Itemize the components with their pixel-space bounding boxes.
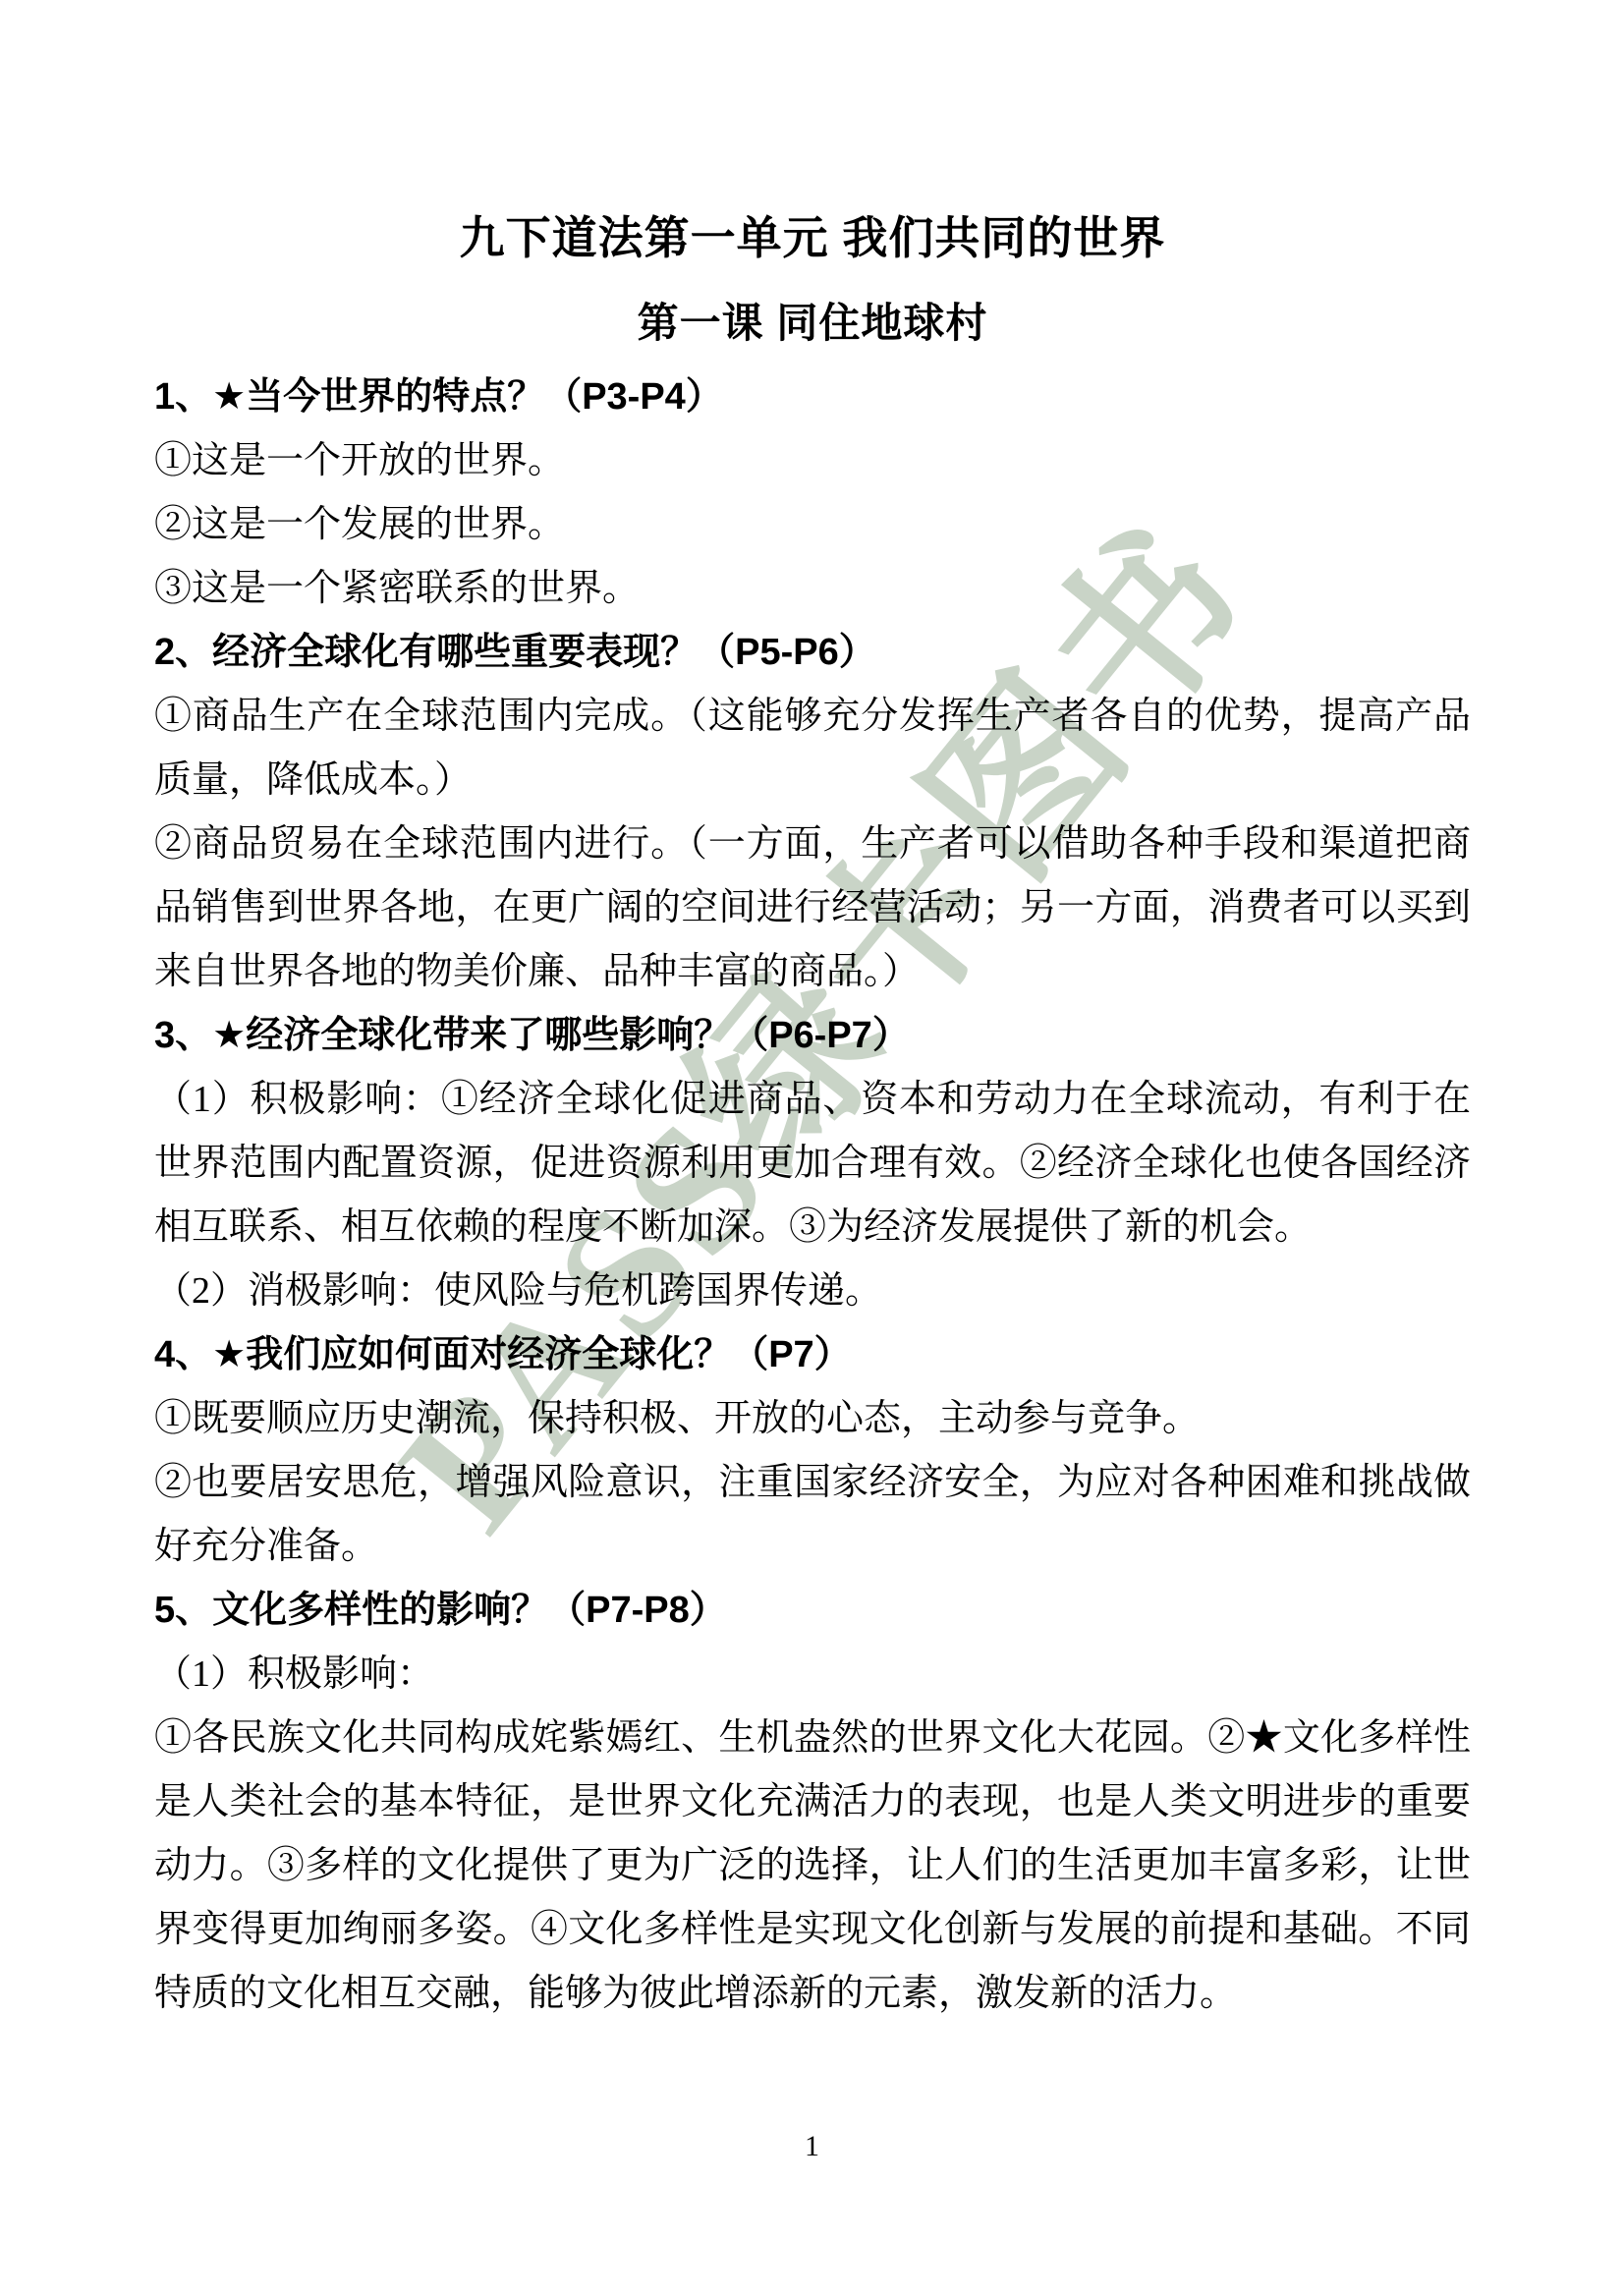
answer-paragraph: （2）消极影响：使风险与危机跨国界传递。 [154,1260,1471,1323]
question-heading: 5、文化多样性的影响？（P7-P8） [154,1579,1471,1643]
page-number: 1 [0,2130,1624,2163]
page-subtitle: 第一课 同住地球村 [154,301,1471,346]
answer-paragraph: ③这是一个紧密联系的世界。 [154,557,1471,621]
qa-section: 5、文化多样性的影响？（P7-P8） （1）积极影响：①各民族文化共同构成姹紫嫣… [154,1579,1471,2026]
sections-container: 1、★当今世界的特点？（P3-P4） ①这是一个开放的世界。②这是一个发展的世界… [154,365,1471,2026]
page-title: 九下道法第一单元 我们共同的世界 [154,214,1471,261]
answer-paragraph: ①既要顺应历史潮流，保持积极、开放的心态，主动参与竞争。 [154,1387,1471,1451]
question-heading: 4、★我们应如何面对经济全球化？（P7） [154,1323,1471,1387]
answer-paragraph: ②也要居安思危，增强风险意识，注重国家经济安全，为应对各种困难和挑战做好充分准备… [154,1451,1471,1579]
answer-paragraph: ①各民族文化共同构成姹紫嫣红、生机盎然的世界文化大花园。②★文化多样性是人类社会… [154,1707,1471,2026]
question-heading: 1、★当今世界的特点？（P3-P4） [154,365,1471,429]
document-page: PASS绿卡图书 九下道法第一单元 我们共同的世界 第一课 同住地球村 1、★当… [0,0,1624,2296]
answer-paragraph: （1）积极影响： [154,1643,1471,1707]
answer-paragraph: （1）积极影响：①经济全球化促进商品、资本和劳动力在全球流动，有利于在世界范围内… [154,1068,1471,1260]
answer-paragraph: ①商品生产在全球范围内完成。（这能够充分发挥生产者各自的优势，提高产品质量，降低… [154,685,1471,812]
qa-section: 3、★经济全球化带来了哪些影响？（P6-P7） （1）积极影响：①经济全球化促进… [154,1004,1471,1323]
qa-section: 1、★当今世界的特点？（P3-P4） ①这是一个开放的世界。②这是一个发展的世界… [154,365,1471,621]
qa-section: 4、★我们应如何面对经济全球化？（P7） ①既要顺应历史潮流，保持积极、开放的心… [154,1323,1471,1579]
question-heading: 3、★经济全球化带来了哪些影响？（P6-P7） [154,1004,1471,1068]
answer-paragraph: ②商品贸易在全球范围内进行。（一方面，生产者可以借助各种手段和渠道把商品销售到世… [154,812,1471,1004]
answer-paragraph: ①这是一个开放的世界。 [154,429,1471,493]
question-heading: 2、经济全球化有哪些重要表现？（P5-P6） [154,621,1471,685]
qa-section: 2、经济全球化有哪些重要表现？（P5-P6） ①商品生产在全球范围内完成。（这能… [154,621,1471,1004]
page-content: 九下道法第一单元 我们共同的世界 第一课 同住地球村 1、★当今世界的特点？（P… [154,214,1471,2026]
answer-paragraph: ②这是一个发展的世界。 [154,493,1471,557]
